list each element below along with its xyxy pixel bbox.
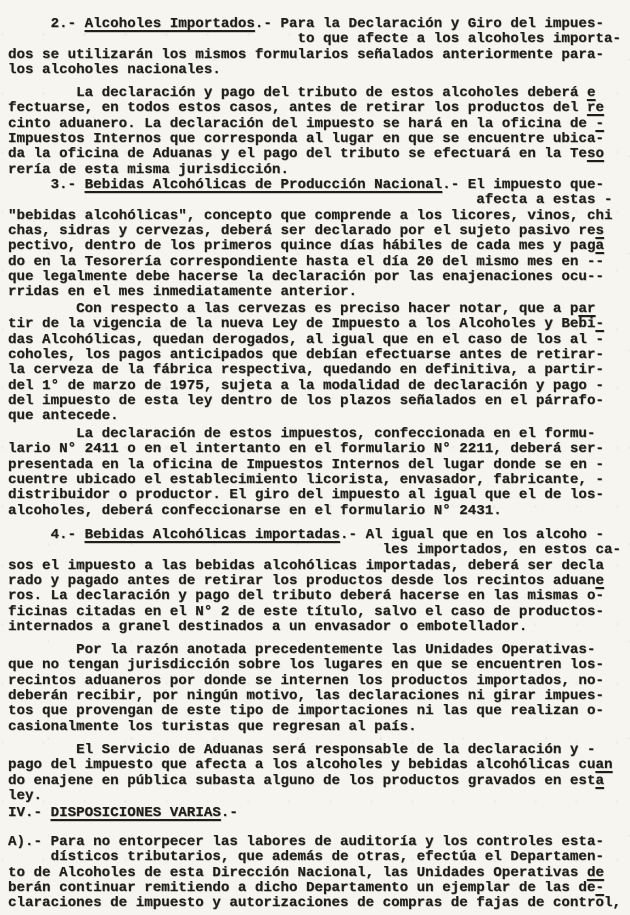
para-3-bebidas-alcoholicas-produccion-nacional: 3.- Bebidas Alcohólicas de Producción Na… <box>8 178 613 301</box>
text-line: IV.- DISPOSICIONES VARIAS.- <box>8 806 238 821</box>
underlined-text: s <box>595 223 604 239</box>
text-segment: ley. <box>8 788 42 804</box>
text-line: cinto aduanero. La declaración del impue… <box>8 117 604 132</box>
text-segment: deberán recibir, por ningún motivo, las … <box>8 688 604 704</box>
text-line: ficinas citadas en el N° 2 de este títul… <box>8 605 621 620</box>
text-segment: fectuarse, en todos estos casos, antes d… <box>8 100 587 116</box>
text-segment: pago del impuesto que afecta a los alcoh… <box>8 757 595 773</box>
text-line: recintos aduaneros por donde se internen… <box>8 674 604 689</box>
text-line: fectuarse, en todos estos casos, antes d… <box>8 101 604 116</box>
text-line: pago del impuesto que afecta a los alcoh… <box>8 758 613 773</box>
text-segment: .- Al igual que en los alcoho - <box>340 527 604 543</box>
text-segment: tos que provengan de este tipo de import… <box>8 703 604 719</box>
text-segment: les importados, en estos ca- <box>8 542 621 558</box>
underlined-text: - <box>595 316 604 332</box>
text-segment: que legalmente debe hacerse la declaraci… <box>8 269 604 285</box>
text-line: to que afecte a los alcoholes importa- <box>8 32 621 47</box>
text-line: rería de esta misma jurisdicción. <box>8 163 604 178</box>
text-segment: Por la razón anotada precedentemente las… <box>8 642 595 658</box>
text-line: la cerveza de la fábrica respectiva, que… <box>8 363 604 378</box>
text-line: les importados, en estos ca- <box>8 543 621 558</box>
text-segment: cinto aduanero. La declaración del impue… <box>8 116 595 132</box>
text-segment: la cerveza de la fábrica respectiva, que… <box>8 362 604 378</box>
para-4-bebidas-alcoholicas-importadas: 4.- Bebidas Alcohólicas importadas.- Al … <box>8 528 621 635</box>
text-segment: recintos aduaneros por donde se internen… <box>8 673 604 689</box>
text-line: tos que provengan de este tipo de import… <box>8 704 604 719</box>
text-segment: distribuidor o productor. El giro del im… <box>8 487 604 503</box>
text-segment: del impuesto de esta ley dentro de los p… <box>8 393 604 409</box>
text-segment: .- El impuesto que- <box>442 177 604 193</box>
text-line: da la oficina de Aduanas y el pago del t… <box>8 147 604 162</box>
text-line: ley. <box>8 789 613 804</box>
text-segment: to que afecte a los alcoholes importa- <box>8 31 621 47</box>
text-line: das Alcohólicas, quedan derogados, al ig… <box>8 333 604 348</box>
text-line: claraciones de impuesto y autorizaciones… <box>8 896 621 911</box>
text-line: pectivo, dentro de los primeros quince d… <box>8 239 613 254</box>
text-line: "bebidas alcohólicas", concepto que comp… <box>8 209 613 224</box>
text-segment: El Servicio de Aduanas será responsable … <box>8 742 595 758</box>
text-segment: do enajene en pública subasta alguno de … <box>8 773 595 789</box>
para-2-alcoholes-importados: 2.- Alcoholes Importados.- Para la Decla… <box>8 17 621 78</box>
text-segment: A).- Para no entorpecer las labores de a… <box>8 834 604 850</box>
para-unidades-operativas: Por la razón anotada precedentemente las… <box>8 643 604 735</box>
text-segment: sos el impuesto a las bebidas alcohólica… <box>8 558 604 574</box>
text-segment: rado y pagado antes de retirar los produ… <box>8 573 595 589</box>
underlined-text: e <box>595 573 604 589</box>
underlined-text: a <box>595 773 604 789</box>
para-declaracion-formularios: La declaración de estos impuestos, confe… <box>8 427 604 519</box>
text-line: ros. La declaración y pago del tributo d… <box>8 589 621 604</box>
text-segment: to de Alcoholes de esta Dirección Nacion… <box>8 865 587 881</box>
text-line: tir de la vigencia de la nueva Ley de Im… <box>8 317 604 332</box>
text-line: do enajene en pública subasta alguno de … <box>8 774 613 789</box>
text-segment: los alcoholes nacionales. <box>8 62 221 78</box>
underlined-text: a <box>595 238 604 254</box>
text-line: que no tengan jurisdicción sobre los lug… <box>8 658 604 673</box>
text-segment: La declaración de estos impuestos, confe… <box>8 426 595 442</box>
text-segment: Impuestos Internos que corresponda al lu… <box>8 131 604 147</box>
text-line: distribuidor o productor. El giro del im… <box>8 488 604 503</box>
text-segment: del 1° de marzo de 1975, sujeta a la mod… <box>8 378 604 394</box>
text-segment: berán continuar remitiendo a dicho Depar… <box>8 880 595 896</box>
text-segment: rridas en el mes inmediatamente anterior… <box>8 284 357 300</box>
para-a-auditoria-controles: A).- Para no entorpecer las labores de a… <box>8 835 621 912</box>
text-segment: lario N° 2411 o en el intertanto en el f… <box>8 441 604 457</box>
text-segment: dos se utilizarán los mismos formularios… <box>8 47 604 63</box>
text-segment: presentada en la oficina de Impuestos In… <box>8 457 604 473</box>
text-line: dos se utilizarán los mismos formularios… <box>8 48 621 63</box>
text-line: lario N° 2411 o en el intertanto en el f… <box>8 442 604 457</box>
text-segment: claraciones de impuesto y autorizaciones… <box>8 895 621 911</box>
underlined-text: e <box>587 85 596 101</box>
text-segment: cuentre ubicado el establecimiento licor… <box>8 472 604 488</box>
heading-iv-disposiciones-varias: IV.- DISPOSICIONES VARIAS.- <box>8 806 238 821</box>
underlined-text: Bebidas Alcohólicas importadas <box>85 527 340 543</box>
text-line: los alcoholes nacionales. <box>8 63 621 78</box>
text-line: do en la Tesorería correspondiente hasta… <box>8 255 613 270</box>
underlined-text: an <box>595 757 612 773</box>
text-segment: 3.- <box>8 177 85 193</box>
text-segment: coholes, los pagos anticipados que debía… <box>8 347 604 363</box>
underlined-text: Alcoholes Importados <box>85 16 255 32</box>
text-segment: 2.- <box>8 16 85 32</box>
text-segment: internados a granel destinados a un enva… <box>8 619 527 635</box>
text-segment: dísticos tributarios, que además de otra… <box>8 849 604 865</box>
text-segment: ros. La declaración y pago del tributo d… <box>8 588 604 604</box>
underlined-text: re <box>587 100 604 116</box>
text-line: to de Alcoholes de esta Dirección Nacion… <box>8 866 621 881</box>
text-segment: da la oficina de Aduanas y el pago del t… <box>8 146 587 162</box>
para-cervezas-nueva-ley: Con respecto a las cervezas es preciso h… <box>8 302 604 425</box>
text-segment: que no tengan jurisdicción sobre los lug… <box>8 657 604 673</box>
text-segment: que antecede. <box>8 408 119 424</box>
text-segment: 4.- <box>8 527 85 543</box>
text-segment: do en la Tesorería correspondiente hasta… <box>8 254 604 270</box>
text-line: del 1° de marzo de 1975, sujeta a la mod… <box>8 379 604 394</box>
para-declaracion-pago-tributo: La declaración y pago del tributo de est… <box>8 86 604 178</box>
text-segment: chas, sidras y cervezas, deberá ser decl… <box>8 223 595 239</box>
text-segment: Con respecto a las cervezas es preciso h… <box>8 301 578 317</box>
text-segment: tir de la vigencia de la nueva Ley de Im… <box>8 316 595 332</box>
text-segment: La declaración y pago del tributo de est… <box>8 85 587 101</box>
text-segment: afecta a estas - <box>8 192 613 208</box>
text-line: afecta a estas - <box>8 193 613 208</box>
text-segment: pectivo, dentro de los primeros quince d… <box>8 238 595 254</box>
document-page: 2.- Alcoholes Importados.- Para la Decla… <box>0 0 630 915</box>
underlined-text: so <box>587 146 604 162</box>
underlined-text: - <box>595 880 604 896</box>
text-line: que antecede. <box>8 409 604 424</box>
text-line: dísticos tributarios, que además de otra… <box>8 850 621 865</box>
text-line: rridas en el mes inmediatamente anterior… <box>8 285 613 300</box>
text-segment: .- Para la Declaración y Giro del impues… <box>255 16 604 32</box>
text-line: casionalmente los turistas que regresan … <box>8 720 604 735</box>
text-segment: .- <box>221 805 238 821</box>
underlined-text: ar <box>578 301 595 317</box>
underlined-text: DISPOSICIONES VARIAS <box>51 805 221 821</box>
text-segment: das Alcohólicas, quedan derogados, al ig… <box>8 332 604 348</box>
text-segment: casionalmente los turistas que regresan … <box>8 719 417 735</box>
text-line: internados a granel destinados a un enva… <box>8 620 621 635</box>
text-line: presentada en la oficina de Impuestos In… <box>8 458 604 473</box>
underlined-text: - <box>595 116 604 132</box>
text-segment: IV.- <box>8 805 51 821</box>
underlined-text: Bebidas Alcohólicas de Producción Nacion… <box>85 177 443 193</box>
para-servicio-aduanas: El Servicio de Aduanas será responsable … <box>8 743 613 804</box>
text-line: alcoholes, deberá confeccionarse en el f… <box>8 504 604 519</box>
text-segment: alcoholes, deberá confeccionarse en el f… <box>8 503 502 519</box>
text-segment: ficinas citadas en el N° 2 de este títul… <box>8 604 604 620</box>
text-segment: "bebidas alcohólicas", concepto que comp… <box>8 208 613 224</box>
underlined-text: de <box>587 865 604 881</box>
text-line: sos el impuesto a las bebidas alcohólica… <box>8 559 621 574</box>
text-segment: rería de esta misma jurisdicción. <box>8 162 289 178</box>
